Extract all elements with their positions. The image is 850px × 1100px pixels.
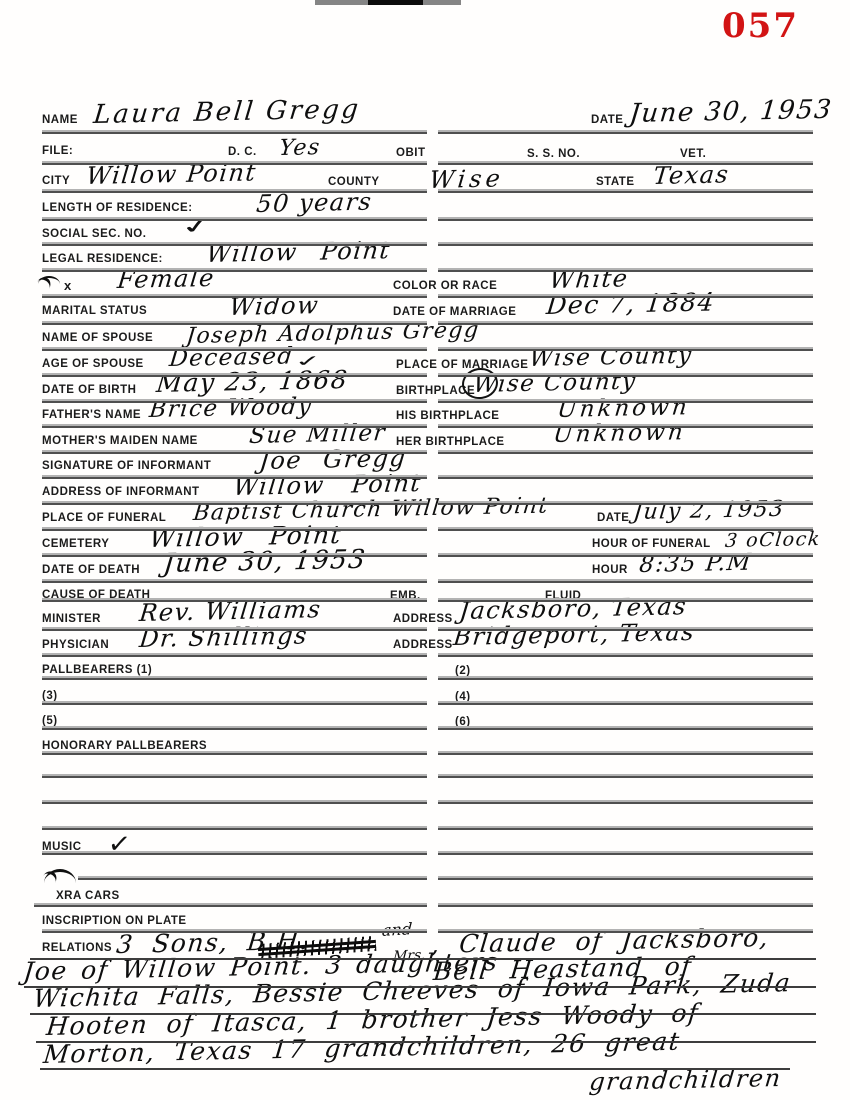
rule-line — [42, 426, 427, 428]
funeral-record-form: 057 NAME Laura Bell Gregg DATE June 30, … — [0, 0, 850, 1100]
rule-line — [42, 270, 427, 272]
label-physician: PHYSICIAN — [42, 639, 109, 651]
label-spouse-name: NAME OF SPOUSE — [42, 332, 153, 344]
rule-line — [42, 375, 427, 377]
label-minister: MINISTER — [42, 613, 101, 625]
rule-line — [42, 678, 427, 680]
label-funeral-place: PLACE OF FUNERAL — [42, 512, 166, 524]
rule-line — [438, 191, 813, 193]
rule-line — [438, 776, 813, 778]
rule-line — [34, 905, 427, 907]
rule-line — [438, 600, 813, 602]
rule-line — [42, 703, 427, 705]
rule-line — [42, 163, 427, 165]
pen-arc-mark — [44, 869, 76, 883]
label-relations: RELATIONS — [42, 942, 112, 954]
label-death-date: DATE OF DEATH — [42, 564, 140, 576]
label-legal-residence: LEGAL RESIDENCE: — [42, 253, 163, 265]
rule-line — [30, 958, 816, 960]
label-date: DATE — [591, 114, 623, 126]
rule-line — [438, 219, 813, 221]
value-death-hour: 8:35 P.M — [638, 550, 753, 578]
rule-line — [438, 296, 813, 298]
rule-line — [42, 931, 427, 933]
label-her-birthplace: HER BIRTHPLACE — [396, 436, 505, 448]
label-state: STATE — [596, 176, 635, 188]
rule-line — [42, 753, 427, 755]
rule-line — [42, 477, 427, 479]
rule-line — [42, 776, 427, 778]
rule-line — [438, 655, 813, 657]
rule-line — [438, 678, 813, 680]
label-county: COUNTY — [328, 176, 380, 188]
rule-line — [42, 244, 427, 246]
scan-artifact-bar-dark — [368, 0, 423, 5]
label-death-hour: HOUR — [592, 564, 628, 576]
rule-line — [42, 191, 427, 193]
rule-line — [438, 529, 813, 531]
rule-line — [438, 828, 813, 830]
rule-line — [438, 802, 813, 804]
relations-line2-insert: Mrs. — [392, 947, 426, 965]
value-marriage-place: Wise County — [528, 343, 694, 372]
label-music: MUSIC — [42, 841, 82, 853]
rule-line — [438, 503, 813, 505]
label-file: FILE: — [42, 145, 73, 157]
rule-line — [438, 905, 813, 907]
rule-line — [42, 655, 427, 657]
rule-line — [438, 581, 813, 583]
label-extra-cars: XRA CARS — [56, 890, 120, 902]
value-county: Wise — [428, 164, 505, 194]
label-funeral-date: DATE — [597, 512, 629, 524]
rule-line — [42, 296, 427, 298]
label-vet: VET. — [680, 148, 706, 160]
rule-line — [42, 132, 427, 134]
rule-line — [438, 878, 813, 880]
rule-line — [438, 477, 813, 479]
rule-line — [438, 753, 813, 755]
value-her-birthplace: Unknown — [552, 419, 687, 448]
rule-line — [42, 853, 427, 855]
rule-line — [42, 629, 427, 631]
label-obit: OBIT — [396, 147, 425, 159]
rule-line — [42, 349, 427, 351]
label-city: CITY — [42, 175, 70, 187]
label-dc: D. C. — [228, 146, 257, 158]
value-marriage-date: Dec 7, 1884 — [545, 287, 717, 320]
label-marital-status: MARITAL STATUS — [42, 305, 147, 317]
rule-line — [40, 1068, 790, 1070]
label-color-race: COLOR OR RACE — [393, 280, 497, 292]
rule-line — [42, 828, 427, 830]
label-funeral-hour: HOUR OF FUNERAL — [592, 538, 711, 550]
rule-line — [36, 1041, 816, 1043]
rule-line — [438, 401, 813, 403]
rule-line — [438, 703, 813, 705]
label-minister-address: ADDRESS — [393, 613, 453, 625]
label-pallbearers-3: (3) — [42, 690, 58, 702]
value-funeral-hour: 3 oClock — [724, 528, 822, 552]
label-marriage-date: DATE OF MARRIAGE — [393, 306, 516, 318]
label-cemetery: CEMETERY — [42, 538, 109, 550]
rule-line — [438, 349, 813, 351]
rule-line — [438, 323, 813, 325]
label-pallbearers-5: (5) — [42, 715, 58, 727]
rule-line — [438, 853, 813, 855]
value-sex: Female — [116, 264, 216, 294]
rule-line — [24, 986, 816, 988]
label-name: NAME — [42, 114, 78, 126]
value-physician-address: Bridgeport, Texas — [452, 618, 697, 651]
rule-line — [438, 426, 813, 428]
rule-line — [438, 244, 813, 246]
label-sex: x — [64, 278, 72, 293]
rule-line — [438, 163, 813, 165]
rule-line — [42, 529, 427, 531]
label-mother-name: MOTHER'S MAIDEN NAME — [42, 435, 198, 447]
label-pallbearers-1: PALLBEARERS (1) — [42, 664, 152, 676]
rule-line — [42, 401, 427, 403]
rule-line — [438, 375, 813, 377]
rule-line — [42, 323, 427, 325]
label-honorary-pallbearers: HONORARY PALLBEARERS — [42, 740, 207, 752]
label-marriage-place: PLACE OF MARRIAGE — [396, 359, 528, 371]
value-date: June 30, 1953 — [628, 95, 834, 129]
rule-line — [438, 555, 813, 557]
checkmark-icon: ✓ — [176, 212, 218, 240]
label-social-sec: SOCIAL SEC. NO. — [42, 228, 146, 240]
value-name: Laura Bell Gregg — [92, 94, 362, 130]
label-father-name: FATHER'S NAME — [42, 409, 141, 421]
rule-line — [42, 503, 427, 505]
rule-line — [78, 878, 427, 880]
rule-line — [438, 931, 813, 933]
value-birth-date: May 23, 1868 — [155, 365, 350, 398]
rule-line — [42, 600, 427, 602]
value-death-date: June 30, 1953 — [162, 545, 368, 579]
label-inscription: INSCRIPTION ON PLATE — [42, 915, 187, 927]
rule-line — [42, 802, 427, 804]
label-pallbearers-6: (6) — [455, 716, 471, 728]
label-pallbearers-2: (2) — [455, 665, 471, 677]
rule-line — [42, 555, 427, 557]
label-residence-length: LENGTH OF RESIDENCE: — [42, 202, 193, 214]
rule-line — [438, 629, 813, 631]
rule-line — [438, 270, 813, 272]
label-spouse-age: AGE OF SPOUSE — [42, 358, 144, 370]
page-number: 057 — [722, 6, 799, 46]
rule-line — [438, 132, 813, 134]
label-his-birthplace: HIS BIRTHPLACE — [396, 410, 499, 422]
pen-squiggle-mark — [38, 276, 60, 284]
label-physician-address: ADDRESS — [393, 639, 453, 651]
checkmark-icon: ✓ — [106, 828, 132, 861]
label-ssno: S. S. NO. — [527, 148, 580, 160]
rule-line — [438, 452, 813, 454]
label-pallbearers-4: (4) — [455, 691, 471, 703]
label-birth-date: DATE OF BIRTH — [42, 384, 136, 396]
value-physician: Dr. Shillings — [138, 621, 309, 653]
value-dc: Yes — [278, 135, 322, 161]
rule-line — [42, 728, 427, 730]
value-funeral-date: July 2, 1953 — [632, 497, 786, 525]
label-informant-address: ADDRESS OF INFORMANT — [42, 486, 200, 498]
relations-line1-insert: and — [381, 919, 412, 940]
rule-line — [30, 1013, 816, 1015]
label-informant-signature: SIGNATURE OF INFORMANT — [42, 460, 211, 472]
rule-line — [42, 581, 427, 583]
value-legal-residence: Willow Point — [205, 236, 392, 268]
value-father-name: Brice Woody — [148, 394, 314, 423]
rule-line — [42, 452, 427, 454]
rule-line — [42, 219, 427, 221]
rule-line — [438, 728, 813, 730]
